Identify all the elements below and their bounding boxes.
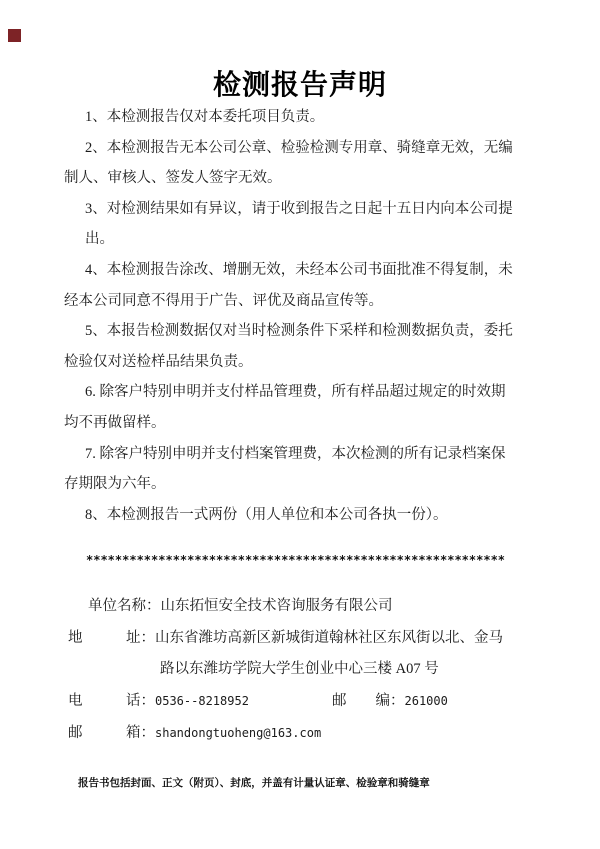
statement-line: 8、本检测报告一式两份（用人单位和本公司各执一份）。 <box>85 500 560 531</box>
statement-line: 3、对检测结果如有异议，请于收到报告之日起十五日内向本公司提 <box>85 194 560 225</box>
company-info: 单位名称：山东拓恒安全技术咨询服务有限公司 地 址：山东省潍坊高新区新城街道翰林… <box>68 591 570 749</box>
footer-note: 报告书包括封面、正文（附页）、封底，并盖有计量认证章、检验章和骑缝章 <box>78 776 430 792</box>
company-address-value-2: 路以东潍坊学院大学生创业中心三楼 A07 号 <box>160 661 439 677</box>
statement-line: 经本公司同意不得用于广告、评优及商品宣传等。 <box>64 286 560 317</box>
postal-group: 邮 编：261000 <box>332 686 448 718</box>
statement-line: 均不再做留样。 <box>64 408 560 439</box>
company-email-value: shandongtuoheng@163.com <box>155 726 321 740</box>
statement-line: 7. 除客户特别申明并支付档案管理费，本次检测的所有记录档案保 <box>85 439 560 470</box>
statement-line: 2、本检测报告无本公司公章、检验检测专用章、骑缝章无效，无编 <box>85 133 560 164</box>
company-phone-value: 0536--8218952 <box>155 694 249 708</box>
company-name-label: 单位名称： <box>88 598 161 614</box>
statement-line: 制人、审核人、签发人签字无效。 <box>64 163 560 194</box>
corner-stamp-mark <box>8 29 21 42</box>
statement-line: 检验仅对送检样品结果负责。 <box>64 347 560 378</box>
company-address-value: 山东省潍坊高新区新城街道翰林社区东风街以北、金马 <box>155 630 503 646</box>
postal-code-label: 邮 编： <box>332 693 405 709</box>
statement-line: 出。 <box>85 224 560 255</box>
separator-line: ****************************************… <box>86 551 505 569</box>
postal-code-value: 261000 <box>405 694 448 708</box>
statement-line: 6. 除客户特别申明并支付样品管理费，所有样品超过规定的时效期 <box>85 377 560 408</box>
company-address-label: 地 址： <box>68 630 155 646</box>
document-page: 检测报告声明 1、本检测报告仅对本委托项目负责。2、本检测报告无本公司公章、检验… <box>0 0 600 849</box>
statement-line: 存期限为六年。 <box>64 469 560 500</box>
statement-list: 1、本检测报告仅对本委托项目负责。2、本检测报告无本公司公章、检验检测专用章、骑… <box>64 102 560 530</box>
company-email-row: 邮 箱：shandongtuoheng@163.com <box>68 718 570 750</box>
company-phone-row: 电 话：0536--8218952 邮 编：261000 <box>68 686 570 718</box>
company-name-value: 山东拓恒安全技术咨询服务有限公司 <box>161 598 393 614</box>
page-title: 检测报告声明 <box>0 66 600 106</box>
company-phone-label: 电 话： <box>68 693 155 709</box>
statement-line: 5、本报告检测数据仅对当时检测条件下采样和检测数据负责，委托 <box>85 316 560 347</box>
company-address-row-2: 路以东潍坊学院大学生创业中心三楼 A07 号 <box>160 654 570 686</box>
statement-line: 4、本检测报告涂改、增删无效，未经本公司书面批准不得复制，未 <box>85 255 560 286</box>
company-name-row: 单位名称：山东拓恒安全技术咨询服务有限公司 <box>88 591 570 623</box>
company-address-row: 地 址：山东省潍坊高新区新城街道翰林社区东风街以北、金马 <box>68 623 570 655</box>
statement-line: 1、本检测报告仅对本委托项目负责。 <box>85 102 560 133</box>
company-email-label: 邮 箱： <box>68 725 155 741</box>
